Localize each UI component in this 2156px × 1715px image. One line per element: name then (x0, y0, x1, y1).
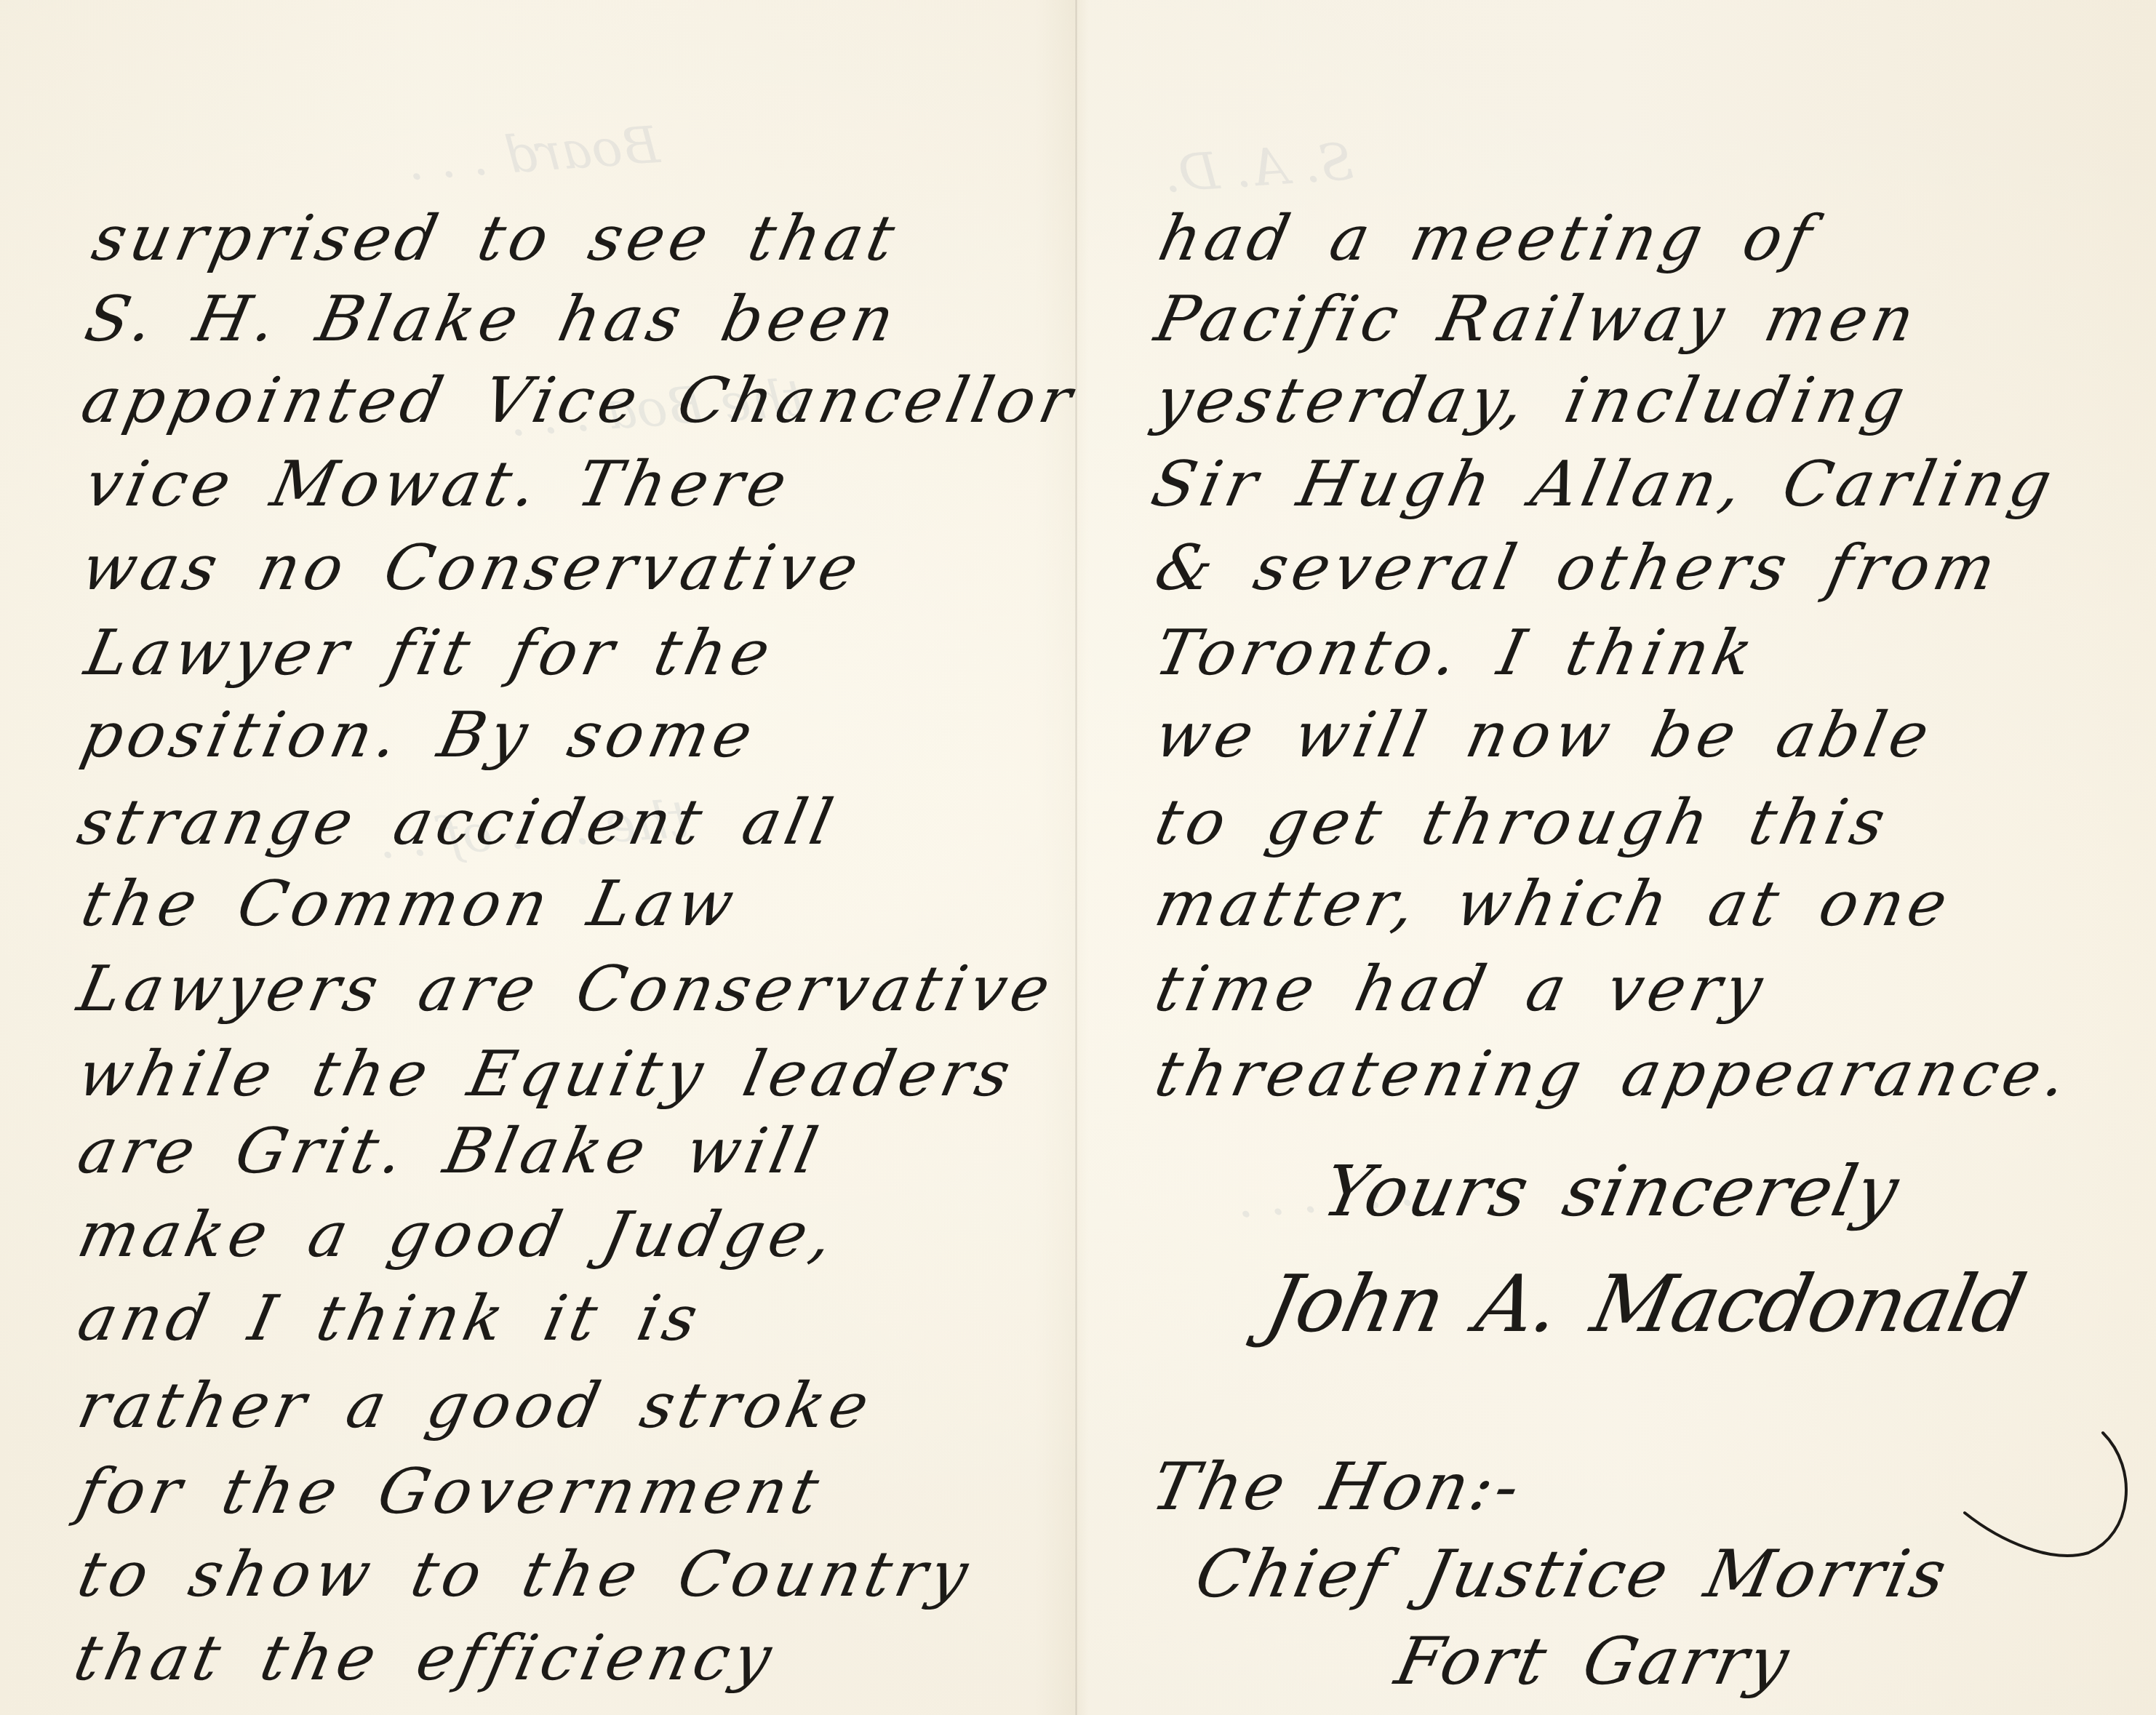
letter-line: threatening appearance. (1150, 1043, 2077, 1106)
closing: Yours sincerely (1317, 1156, 1906, 1226)
letter-line: Toronto. I think (1150, 622, 1763, 684)
signature: John A. Macdonald (1259, 1266, 2031, 1344)
left-page-continued (0, 0, 1075, 1715)
letter-line: & several others from (1150, 537, 2005, 599)
letter-line: we will now be able (1150, 704, 1939, 767)
signature-flourish-icon (1957, 1426, 2139, 1564)
letter-sheet: Board . . . S. A. D. the Boa . . . the .… (0, 0, 2156, 1715)
letter-line: Sir Hugh Allan, Carling (1146, 453, 2061, 516)
letter-line: matter, which at one (1150, 873, 1957, 935)
letter-line: had a meeting of (1154, 207, 1822, 270)
address-place: Fort Garry (1390, 1629, 1797, 1695)
letter-line: yesterday, including (1150, 369, 1915, 432)
letter-line: to get through this (1150, 791, 1895, 854)
address-name: Chief Justice Morris (1190, 1542, 1955, 1607)
letter-line: Pacific Railway men (1150, 288, 1925, 351)
letter-line: time had a very (1150, 958, 1773, 1020)
address-salutation: The Hon:- (1146, 1455, 1528, 1520)
right-page: had a meeting of Pacific Railway men yes… (1077, 0, 2156, 1715)
